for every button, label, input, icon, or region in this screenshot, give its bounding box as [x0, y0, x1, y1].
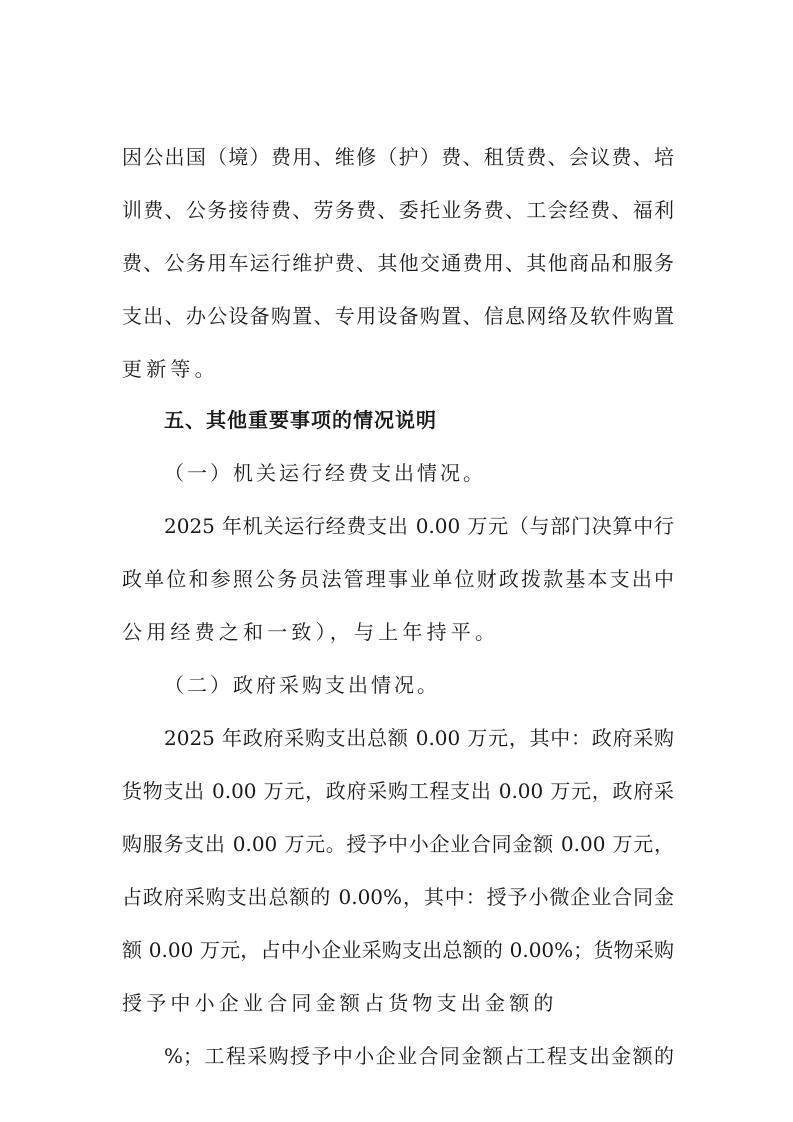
subsection-heading: （二）政府采购支出情况。 — [164, 671, 674, 699]
paragraph-line: 费、公务用车运行维护费、其他交通费用、其他商品和服务 — [122, 249, 674, 277]
paragraph-line: 占政府采购支出总额的 0.00%，其中：授予小微企业合同金 — [122, 883, 674, 911]
paragraph-line: 2025 年政府采购支出总额 0.00 万元，其中：政府采购 — [164, 724, 674, 752]
paragraph-line: 2025 年机关运行经费支出 0.00 万元（与部门决算中行 — [164, 512, 674, 540]
document-page: 因公出国（境）费用、维修（护）费、租赁费、会议费、培 训费、公务接待费、劳务费、… — [0, 0, 793, 1122]
paragraph-line: 支出、办公设备购置、专用设备购置、信息网络及软件购置 — [122, 302, 674, 330]
section-heading: 五、其他重要事项的情况说明 — [164, 406, 674, 434]
paragraph-line: 货物支出 0.00 万元，政府采购工程支出 0.00 万元，政府采 — [122, 777, 674, 805]
paragraph-line: 购服务支出 0.00 万元。授予中小企业合同金额 0.00 万元， — [122, 830, 674, 858]
paragraph-line: 公用经费之和一致），与上年持平。 — [122, 618, 674, 646]
paragraph-line: %；工程采购授予中小企业合同金额占工程支出金额的 — [164, 1042, 674, 1070]
subsection-heading: （一）机关运行经费支出情况。 — [164, 459, 674, 487]
paragraph-line: 因公出国（境）费用、维修（护）费、租赁费、会议费、培 — [122, 143, 674, 171]
paragraph-line: 政单位和参照公务员法管理事业单位财政拨款基本支出中 — [122, 565, 674, 593]
paragraph-line: 授予中小企业合同金额占货物支出金额的 — [122, 989, 674, 1017]
paragraph-line: 额 0.00 万元，占中小企业采购支出总额的 0.00%；货物采购 — [122, 936, 674, 964]
paragraph-line: 训费、公务接待费、劳务费、委托业务费、工会经费、福利 — [122, 196, 674, 224]
paragraph-line: 更新等。 — [122, 355, 674, 383]
